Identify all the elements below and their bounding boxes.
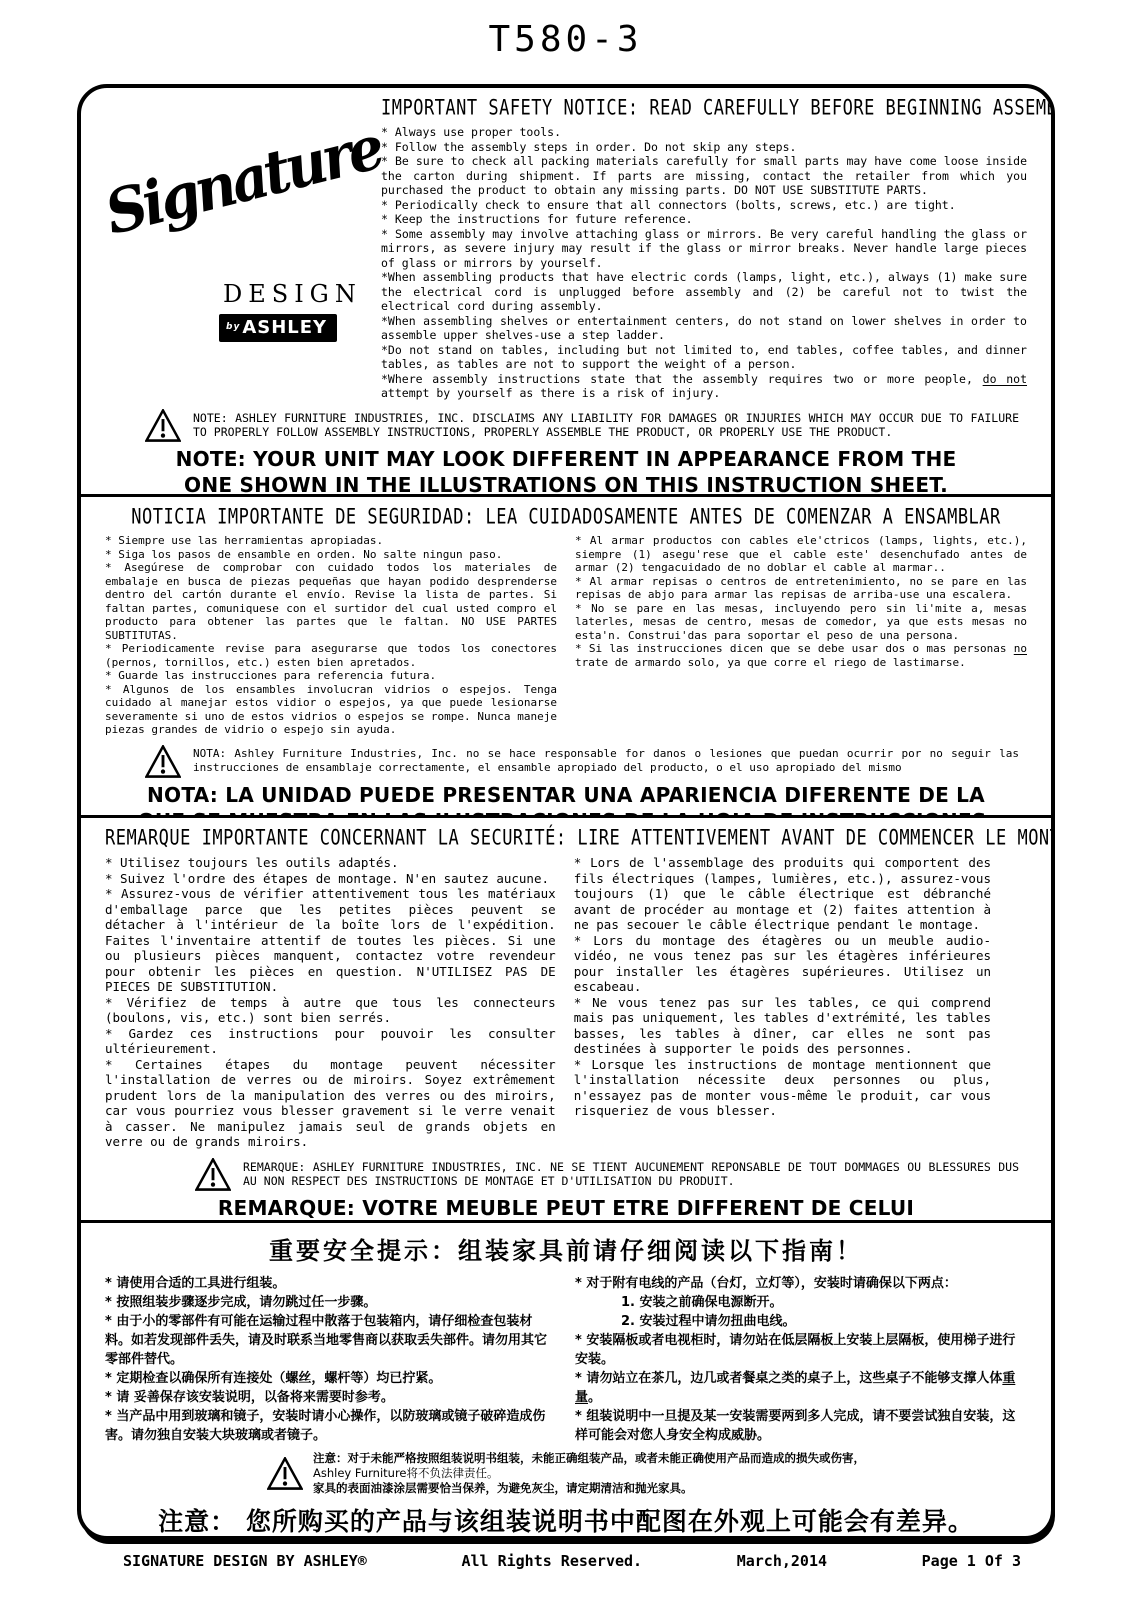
bullet-subitem: 2. 安装过程中请勿扭曲电线。 — [575, 1312, 1027, 1331]
footer-date: March,2014 — [737, 1552, 827, 1570]
safety-sheet: Signature DESIGN byASHLEY IMPORTANT SAFE… — [77, 84, 1055, 1540]
bold-note-line: ONE SHOWN IN THE ILLUSTRATIONS ON THIS I… — [114, 472, 1018, 495]
bullet-item: *Where assembly instructions state that … — [381, 372, 1027, 401]
french-right-column: * Lors de l'assemblage des produits qui … — [574, 855, 991, 1150]
bullet-item: * No se pare en las mesas, incluyendo pe… — [575, 602, 1027, 643]
brand-logo: Signature DESIGN byASHLEY — [105, 92, 381, 401]
warning-triangle-icon — [195, 1158, 231, 1191]
note-text-line: 注意：对于未能严格按照组装说明书组装，未能正确组装产品，或者未能正确使用产品而造… — [313, 1451, 865, 1466]
bullet-subitem: 1. 安装之前确保电源断开。 — [575, 1293, 1027, 1312]
french-liability-note: REMARQUE: ASHLEY FURNITURE INDUSTRIES, I… — [195, 1158, 1019, 1191]
bullet-item: * Assurez-vous de vérifier attentivement… — [105, 886, 556, 995]
bullet-item: * 当产品中用到玻璃和镜子，安装时请小心操作，以防玻璃或镜子破碎造成伤害。请勿独… — [105, 1407, 557, 1445]
bullet-item: *When assembling shelves or entertainmen… — [381, 314, 1027, 343]
footer-rights: All Rights Reserved. — [461, 1552, 642, 1570]
bullet-item: * Be sure to check all packing materials… — [381, 154, 1027, 198]
footer-page-number: Page 1 Of 3 — [922, 1552, 1021, 1570]
french-bold-note: REMARQUE: VOTRE MEUBLE PEUT ETRE DIFFERE… — [114, 1195, 1018, 1221]
bullet-item: * 请 妥善保存该安装说明，以备将来需要时参考。 — [105, 1388, 557, 1407]
english-liability-note: NOTE: ASHLEY FURNITURE INDUSTRIES, INC. … — [145, 409, 1019, 442]
bullet-item: * 对于附有电线的产品（台灯，立灯等），安装时请确保以下两点： — [575, 1274, 1027, 1293]
logo-ashley-badge: byASHLEY — [219, 314, 337, 342]
section-spanish: NOTICIA IMPORTANTE DE SEGURIDAD: LEA CUI… — [81, 494, 1051, 815]
bullet-item: * Asegúrese de comprobar con cuidado tod… — [105, 561, 557, 642]
bullet-item: * 安装隔板或者电视柜时，请勿站在低层隔板上安装上层隔板，使用梯子进行安装。 — [575, 1331, 1027, 1369]
section-french: REMARQUE IMPORTANTE CONCERNANT LA SECURI… — [81, 815, 1051, 1220]
logo-design-text: DESIGN — [223, 280, 362, 308]
bullet-item: * Lorsque les instructions de montage me… — [574, 1057, 991, 1119]
spanish-section-header: NOTICIA IMPORTANTE DE SEGURIDAD: LEA CUI… — [105, 505, 1027, 530]
bullet-item: * 请勿站立在茶几，边几或者餐桌之类的桌子上，这些桌子不能够支撑人体重量。 — [575, 1369, 1027, 1407]
bullet-item: * Al armar productos con cables ele'ctri… — [575, 534, 1027, 575]
bullet-item: * Follow the assembly steps in order. Do… — [381, 140, 1027, 155]
bold-note-line: QUE SE MUESTRA EN LAS ILUSTRACIONES DE L… — [114, 808, 1018, 816]
spanish-left-column: * Siempre use las herramientas apropiada… — [105, 534, 557, 737]
bullet-item: * Siempre use las herramientas apropiada… — [105, 534, 557, 548]
bullet-item: *When assembling products that have elec… — [381, 270, 1027, 314]
bullet-item: * Suivez l'ordre des étapes de montage. … — [105, 871, 556, 887]
english-section-header: IMPORTANT SAFETY NOTICE: READ CAREFULLY … — [381, 96, 1027, 121]
note-text: NOTA: Ashley Furniture Industries, Inc. … — [193, 747, 1019, 775]
bullet-item: * Gardez ces instructions pour pouvoir l… — [105, 1026, 556, 1057]
warning-triangle-icon — [267, 1457, 303, 1490]
page-footer: SIGNATURE DESIGN BY ASHLEY® All Rights R… — [77, 1552, 1055, 1570]
bullet-item: * Utilisez toujours les outils adaptés. — [105, 855, 556, 871]
bold-note-line: NOTA: LA UNIDAD PUEDE PRESENTAR UNA APAR… — [114, 782, 1018, 808]
bullet-item: * 组装说明中一旦提及某一安装需要两到多人完成，请不要尝试独自安装，这样可能会对… — [575, 1407, 1027, 1445]
french-section-header: REMARQUE IMPORTANTE CONCERNANT LA SECURI… — [105, 826, 1027, 851]
bullet-item: * Keep the instructions for future refer… — [381, 212, 1027, 227]
bullet-item: * Lors du montage des étagères ou un meu… — [574, 933, 991, 995]
page-title: T580-3 — [0, 18, 1131, 62]
note-text: NOTE: ASHLEY FURNITURE INDUSTRIES, INC. … — [193, 411, 1019, 439]
logo-by-text: by — [226, 322, 240, 332]
footer-brand: SIGNATURE DESIGN BY ASHLEY® — [123, 1552, 367, 1570]
bullet-item: * Vérifiez de temps à autre que tous les… — [105, 995, 556, 1026]
bullet-item: *Do not stand on tables, including but n… — [381, 343, 1027, 372]
logo-signature-script: Signature — [99, 113, 389, 249]
bullet-item: * Guarde las instrucciones para referenc… — [105, 669, 557, 683]
note-text-line: Ashley Furniture将不负法律责任。 — [313, 1466, 865, 1481]
bullet-item: * Si las instrucciones dicen que se debe… — [575, 642, 1027, 669]
bullet-item: * Always use proper tools. — [381, 125, 1027, 140]
bullet-item: * Periodicamente revise para asegurarse … — [105, 642, 557, 669]
bold-note-line: NOTE: YOUR UNIT MAY LOOK DIFFERENT IN AP… — [114, 446, 1018, 472]
bullet-item: * Lors de l'assemblage des produits qui … — [574, 855, 991, 933]
bullet-item: * 请使用合适的工具进行组装。 — [105, 1274, 557, 1293]
bullet-item: * Certaines étapes du montage peuvent né… — [105, 1057, 556, 1150]
bullet-item: * Al armar repisas o centros de entreten… — [575, 575, 1027, 602]
chinese-section-header: 重要安全提示：组装家具前请仔细阅读以下指南！ — [105, 1231, 1027, 1266]
spanish-bold-note: NOTA: LA UNIDAD PUEDE PRESENTAR UNA APAR… — [114, 782, 1018, 816]
bullet-item: * 由于小的零部件有可能在运输过程中散落于包装箱内，请仔细检查包装材料。如若发现… — [105, 1312, 557, 1369]
bullet-item: * 按照组装步骤逐步完成，请勿跳过任一步骤。 — [105, 1293, 557, 1312]
bullet-item: * 定期检查以确保所有连接处（螺丝，螺杆等）均已拧紧。 — [105, 1369, 557, 1388]
section-english: Signature DESIGN byASHLEY IMPORTANT SAFE… — [81, 88, 1051, 494]
bold-note-line: REMARQUE: VOTRE MEUBLE PEUT ETRE DIFFERE… — [114, 1195, 1018, 1221]
bullet-item: * Siga los pasos de ensamble en orden. N… — [105, 548, 557, 562]
chinese-liability-note: 注意：对于未能严格按照组装说明书组装，未能正确组装产品，或者未能正确使用产品而造… — [105, 1451, 1027, 1496]
bullet-item: * Some assembly may involve attaching gl… — [381, 227, 1027, 271]
bullet-item: * Ne vous tenez pas sur les tables, ce q… — [574, 995, 991, 1057]
english-bullet-list: * Always use proper tools. * Follow the … — [381, 125, 1027, 401]
bullet-item: * Periodically check to ensure that all … — [381, 198, 1027, 213]
french-left-column: * Utilisez toujours les outils adaptés. … — [105, 855, 556, 1150]
spanish-liability-note: NOTA: Ashley Furniture Industries, Inc. … — [145, 745, 1019, 778]
chinese-bold-note: 注意： 您所购买的产品与该组装说明书中配图在外观上可能会有差异。 — [105, 1502, 1027, 1535]
english-bold-note: NOTE: YOUR UNIT MAY LOOK DIFFERENT IN AP… — [114, 446, 1018, 495]
spanish-right-column: * Al armar productos con cables ele'ctri… — [575, 534, 1027, 737]
warning-triangle-icon — [145, 409, 181, 442]
section-chinese: 重要安全提示：组装家具前请仔细阅读以下指南！ * 请使用合适的工具进行组装。 *… — [81, 1220, 1051, 1535]
bullet-item: * Algunos de los ensambles involucran vi… — [105, 683, 557, 737]
note-text: REMARQUE: ASHLEY FURNITURE INDUSTRIES, I… — [243, 1160, 1019, 1188]
warning-triangle-icon — [145, 745, 181, 778]
chinese-left-column: * 请使用合适的工具进行组装。 * 按照组装步骤逐步完成，请勿跳过任一步骤。 *… — [105, 1274, 557, 1445]
chinese-right-column: * 对于附有电线的产品（台灯，立灯等），安装时请确保以下两点： 1. 安装之前确… — [575, 1274, 1027, 1445]
note-text-line: 家具的表面油漆涂层需要恰当保养，为避免灰尘，请定期清洁和抛光家具。 — [313, 1481, 865, 1496]
logo-ashley-text: ASHLEY — [242, 317, 327, 338]
